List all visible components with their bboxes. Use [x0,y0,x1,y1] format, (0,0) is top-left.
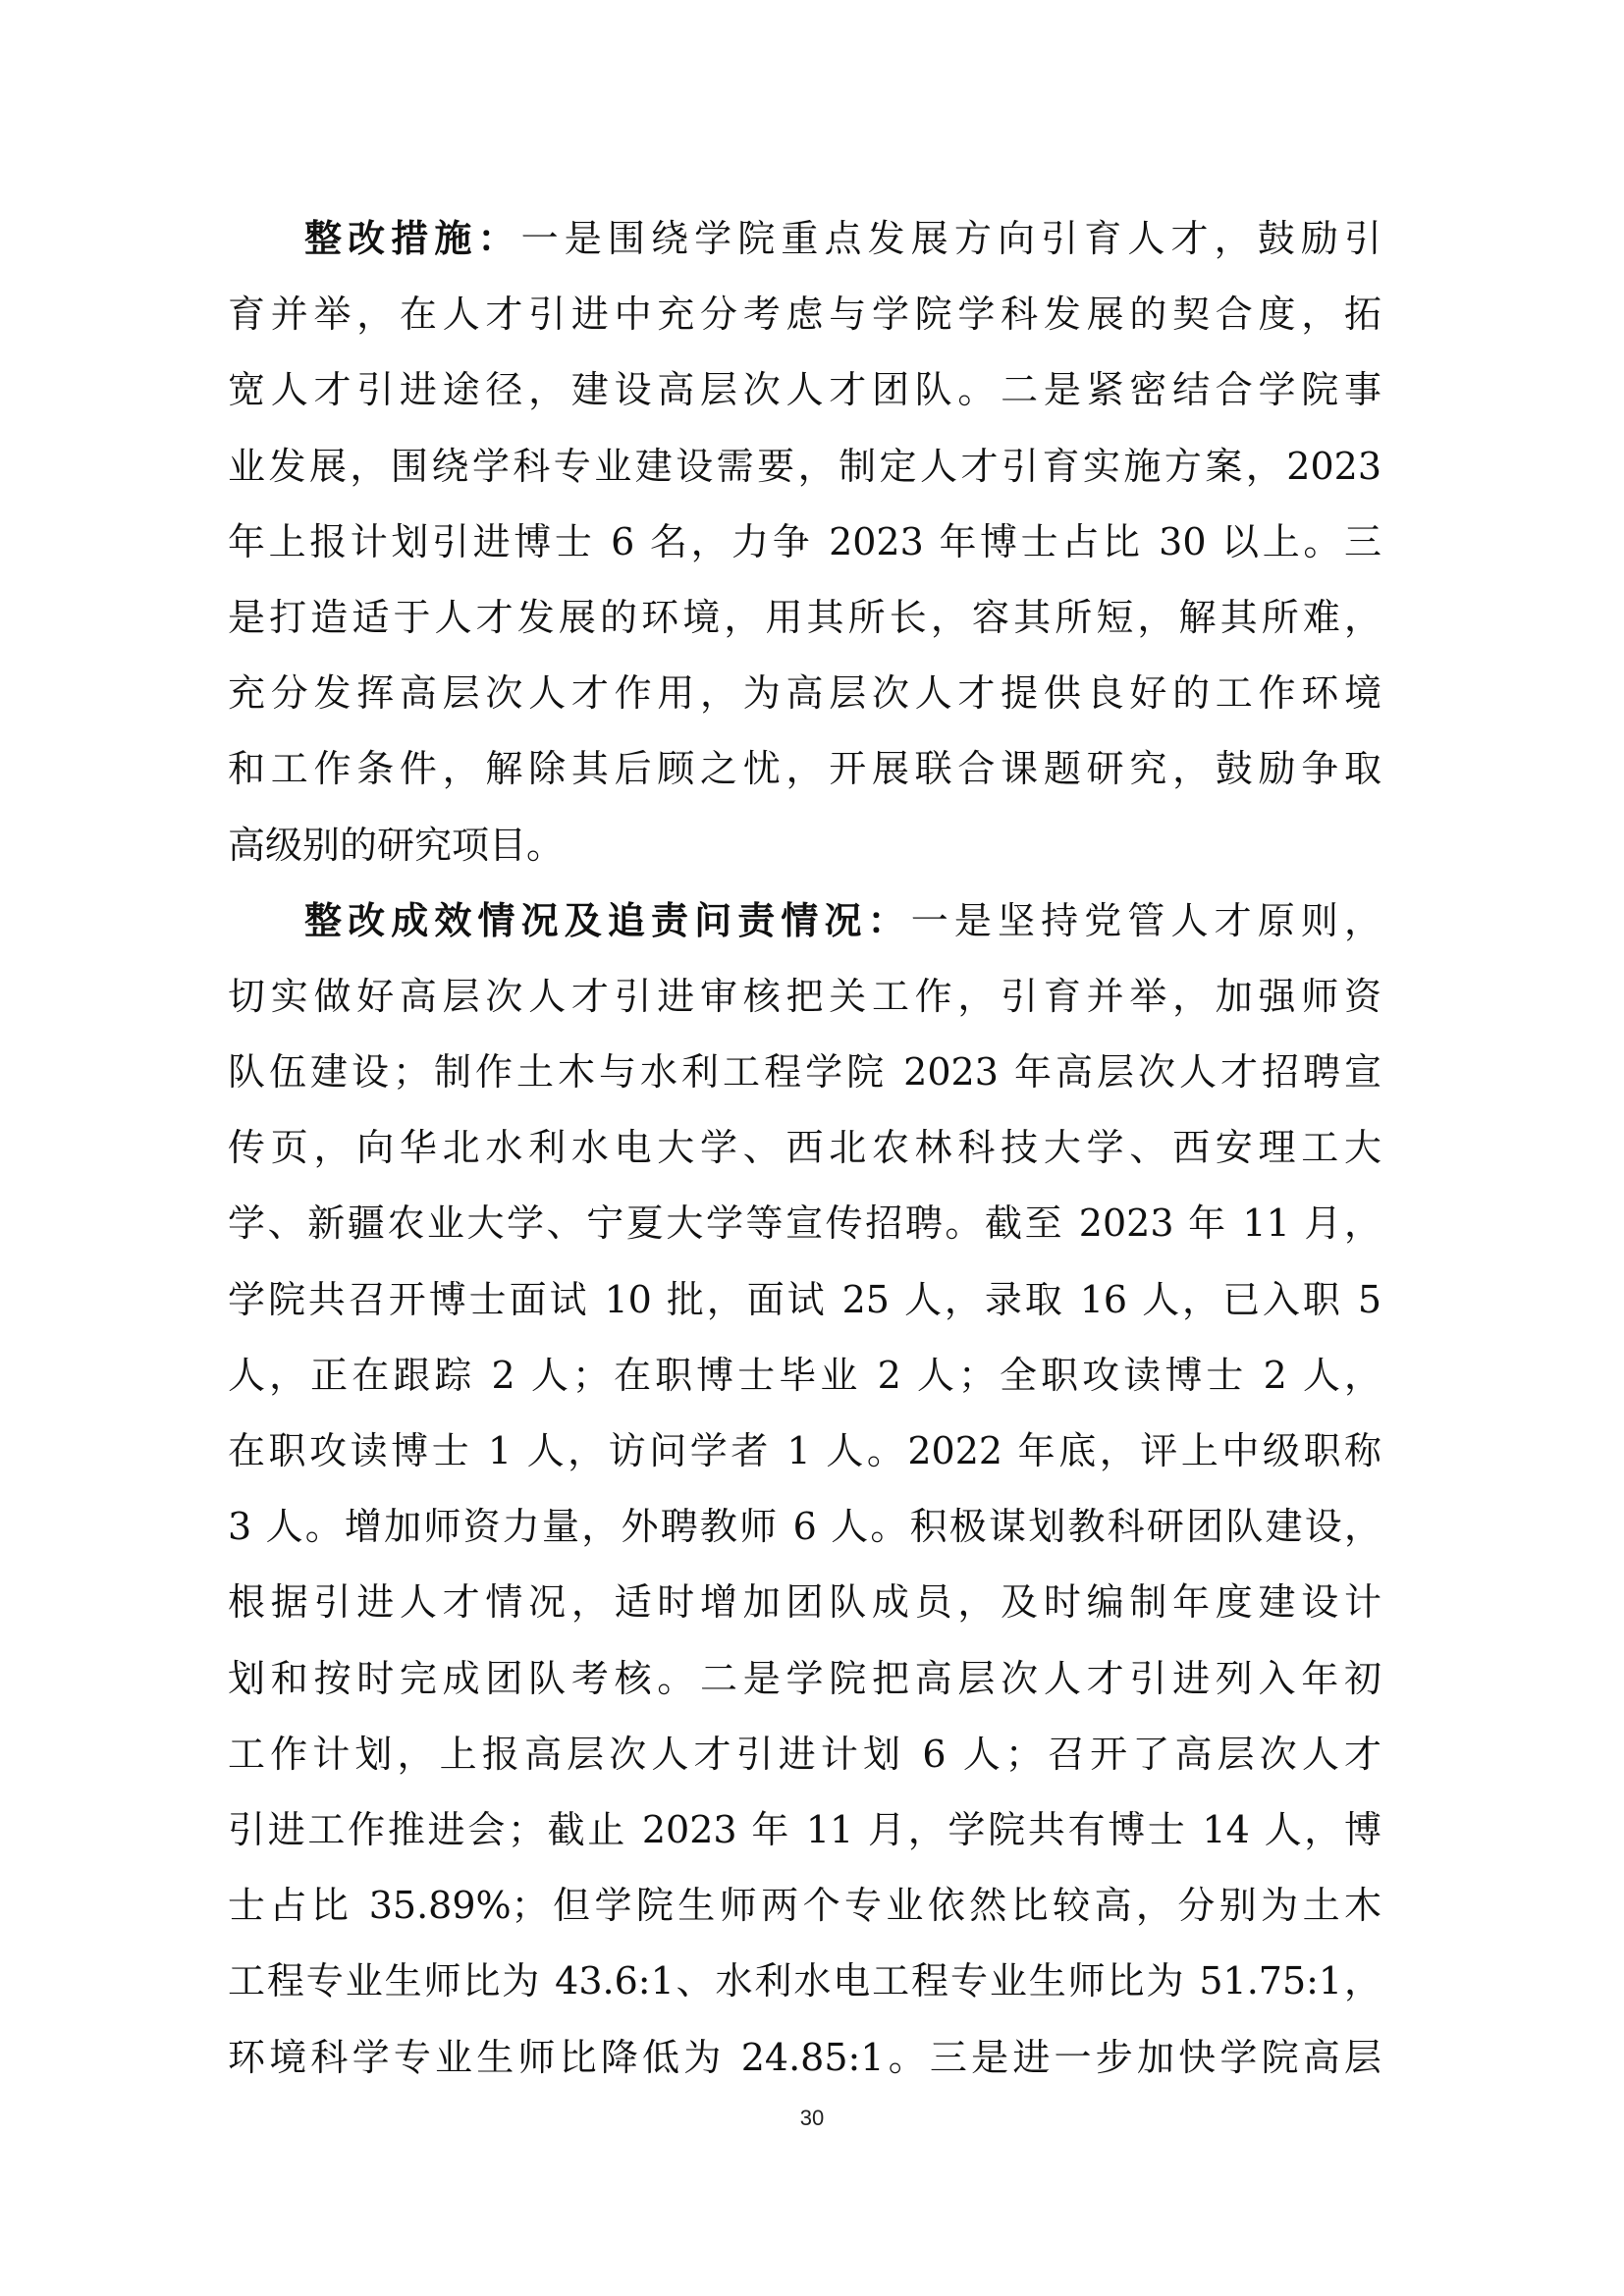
text-line: 年上报计划引进博士 6 名，力争 2023 年博士占比 30 以上。三 [228,505,1381,580]
section-heading-results: 整改成效情况及追责问责情况： [304,899,911,942]
text-line: 切实做好高层次人才引进审核把关工作，引育并举，加强师资 [228,959,1381,1035]
text-line: 环境科学专业生师比降低为 24.85:1。三是进一步加快学院高层 [228,2020,1381,2096]
text-line: 3 人。增加师资力量，外聘教师 6 人。积极谋划教科研团队建设， [228,1489,1381,1565]
text-line: 在职攻读博士 1 人，访问学者 1 人。2022 年底，评上中级职称 [228,1414,1381,1489]
text-line: 是打造适于人才发展的环境，用其所长，容其所短，解其所难， [228,580,1381,656]
document-body: 整改措施：一是围绕学院重点发展方向引育人才，鼓励引 育并举，在人才引进中充分考虑… [228,201,1381,2096]
page-number: 30 [0,2106,1624,2131]
text-line: 工程专业生师比为 43.6:1、水利水电工程专业生师比为 51.75:1， [228,1944,1381,2019]
text-line: 人，正在跟踪 2 人；在职博士毕业 2 人；全职攻读博士 2 人， [228,1338,1381,1414]
text-line: 学院共召开博士面试 10 批，面试 25 人，录取 16 人，已入职 5 [228,1262,1381,1338]
text-line: 引进工作推进会；截止 2023 年 11 月，学院共有博士 14 人，博 [228,1792,1381,1868]
text-line: 工作计划，上报高层次人才引进计划 6 人；召开了高层次人才 [228,1717,1381,1792]
text-line: 队伍建设；制作土木与水利工程学院 2023 年高层次人才招聘宣 [228,1035,1381,1110]
paragraph-1-line-1: 整改措施：一是围绕学院重点发展方向引育人才，鼓励引 [228,201,1381,277]
text-line: 划和按时完成团队考核。二是学院把高层次人才引进列入年初 [228,1641,1381,1717]
document-page: 整改措施：一是围绕学院重点发展方向引育人才，鼓励引 育并举，在人才引进中充分考虑… [0,0,1624,2296]
text-line: 根据引进人才情况，适时增加团队成员，及时编制年度建设计 [228,1565,1381,1640]
text-line: 一是坚持党管人才原则， [911,899,1381,942]
text-line: 业发展，围绕学科专业建设需要，制定人才引育实施方案，2023 [228,429,1381,505]
text-line: 育并举，在人才引进中充分考虑与学院学科发展的契合度，拓 [228,277,1381,352]
section-heading-measures: 整改措施： [304,217,521,260]
text-line: 一是围绕学院重点发展方向引育人才，鼓励引 [521,217,1381,260]
text-line: 宽人才引进途径，建设高层次人才团队。二是紧密结合学院事 [228,352,1381,428]
text-line: 士占比 35.89%；但学院生师两个专业依然比较高，分别为土木 [228,1868,1381,1944]
text-line: 学、新疆农业大学、宁夏大学等宣传招聘。截至 2023 年 11 月， [228,1186,1381,1261]
text-line: 和工作条件，解除其后顾之忧，开展联合课题研究，鼓励争取 [228,731,1381,807]
text-line: 传页，向华北水利水电大学、西北农林科技大学、西安理工大 [228,1110,1381,1186]
text-line: 充分发挥高层次人才作用，为高层次人才提供良好的工作环境 [228,656,1381,731]
text-line: 高级别的研究项目。 [228,808,1381,883]
paragraph-2-line-1: 整改成效情况及追责问责情况：一是坚持党管人才原则， [228,883,1381,959]
